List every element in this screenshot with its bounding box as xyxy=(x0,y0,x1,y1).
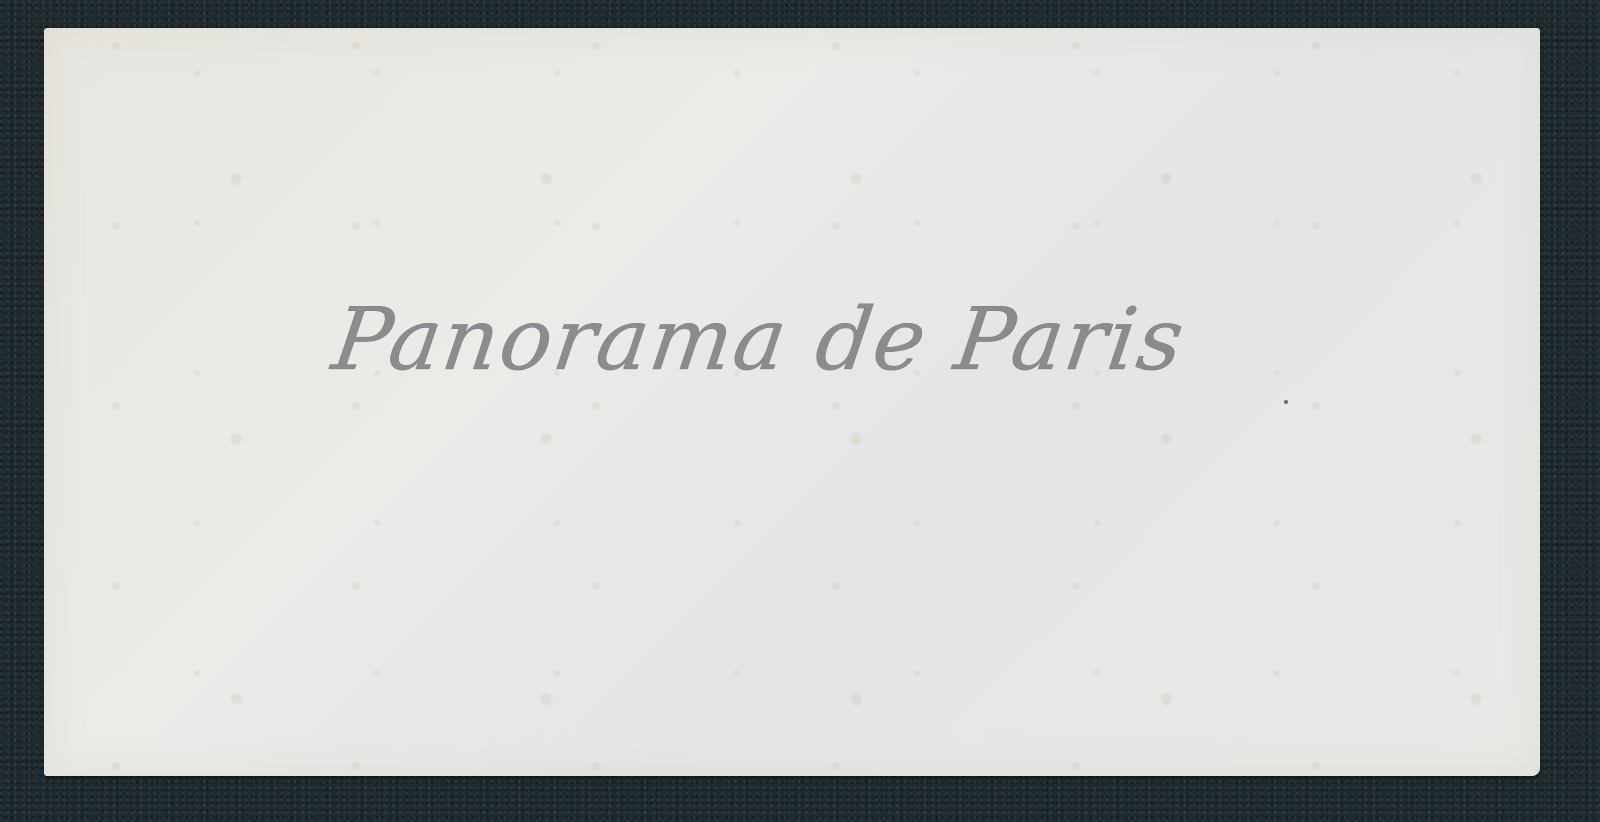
ink-dot xyxy=(1284,400,1288,404)
paper-card: Panorama de Paris xyxy=(44,28,1540,776)
handwritten-inscription: Panorama de Paris xyxy=(327,290,1191,390)
